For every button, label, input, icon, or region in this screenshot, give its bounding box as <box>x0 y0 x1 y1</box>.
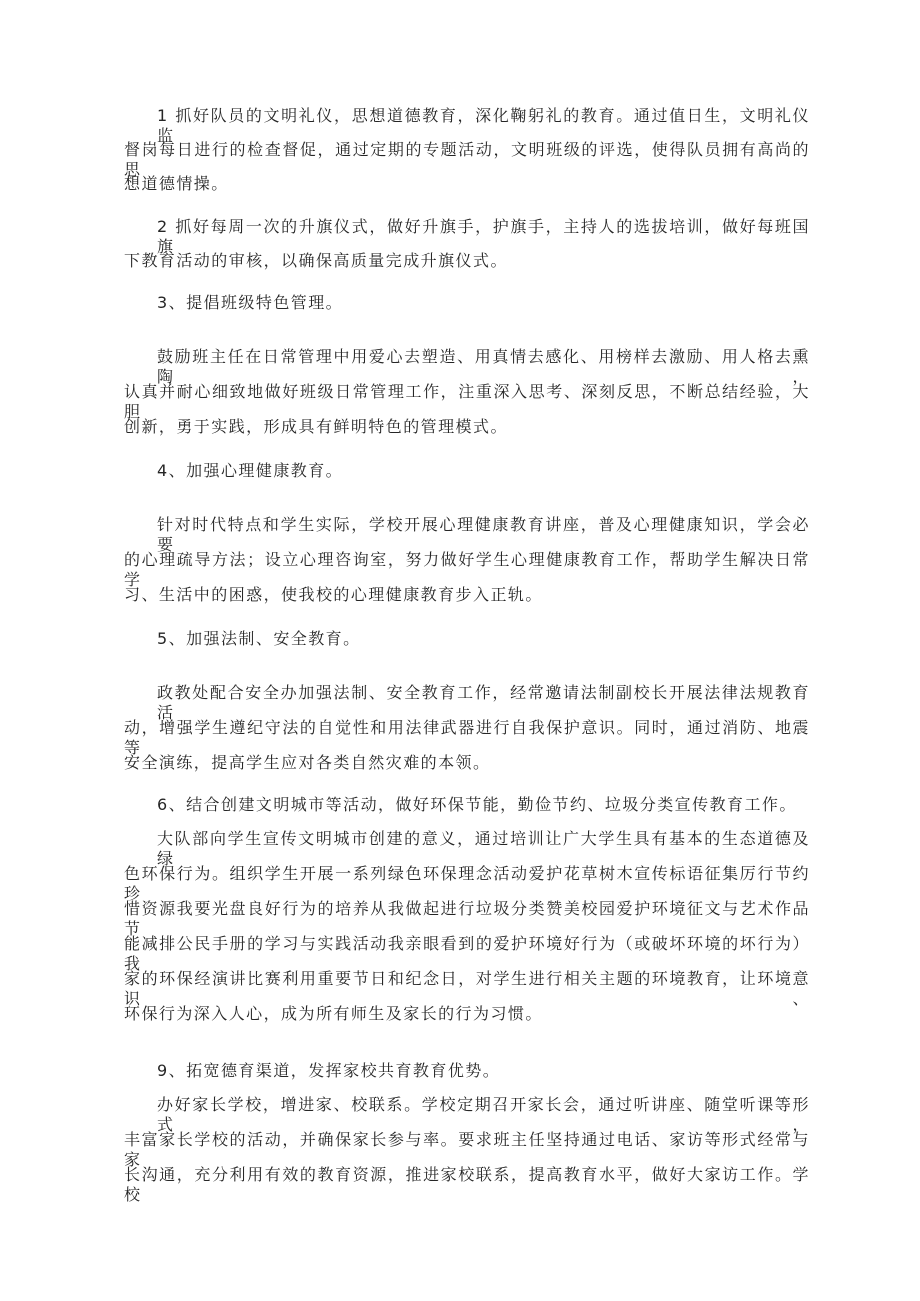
paragraph-9-line-2: 丰富家长学校的活动，并确保家长参与率。要求班主任坚持通过电话、家访等形式经常与家 <box>124 1130 810 1170</box>
paragraph-4-line-2: 的心理疏导方法；设立心理咨询室，努力做好学生心理健康教育工作，帮助学生解决日常学 <box>124 550 810 590</box>
heading-3: 3、提倡班级特色管理。 <box>157 293 343 313</box>
heading-6: 6、结合创建文明城市等活动，做好环保节能，勤俭节约、垃圾分类宣传教育工作。 <box>157 795 797 815</box>
paragraph-4-line-1: 针对时代特点和学生实际，学校开展心理健康教育讲座，普及心理健康知识，学会必要 <box>157 515 810 555</box>
paragraph-6-line-2: 色环保行为。组织学生开展一系列绿色环保理念活动爱护花草树木宣传标语征集厉行节约珍 <box>124 864 810 904</box>
heading-4: 4、加强心理健康教育。 <box>157 461 343 481</box>
paragraph-3-line-3: 创新，勇于实践，形成具有鲜明特色的管理模式。 <box>124 417 508 437</box>
heading-9: 9、拓宽德育渠道，发挥家校共育教育优势。 <box>157 1061 500 1081</box>
paragraph-6-line-4: 能减排公民手册的学习与实践活动我亲眼看到的爱护环境好行为（或破坏环境的坏行为）我 <box>124 934 810 974</box>
paragraph-2-line-2: 下教育活动的审核，以确保高质量完成升旗仪式。 <box>124 251 508 271</box>
paragraph-3-line-1: 鼓励班主任在日常管理中用爱心去塑造、用真情去感化、用榜样去激励、用人格去熏陶， <box>157 347 810 387</box>
paragraph-6-line-3: 惜资源我要光盘良好行为的培养从我做起进行垃圾分类赞美校园爱护环境征文与艺术作品节 <box>124 899 810 939</box>
paragraph-6-line-6: 环保行为深入人心，成为所有师生及家长的行为习惯。 <box>124 1004 543 1024</box>
paragraph-5-line-1: 政教处配合安全办加强法制、安全教育工作，经常邀请法制副校长开展法律法规教育活 <box>157 683 810 723</box>
paragraph-6-line-5: 家的环保经演讲比赛利用重要节日和纪念日，对学生进行相关主题的环境教育，让环境意识… <box>124 969 810 1009</box>
paragraph-6-line-1: 大队部向学生宣传文明城市创建的意义，通过培训让广大学生具有基本的生态道德及绿 <box>157 829 810 869</box>
paragraph-5-line-2: 动，增强学生遵纪守法的自觉性和用法律武器进行自我保护意识。同时，通过消防、地震等 <box>124 718 810 758</box>
paragraph-9-line-1: 办好家长学校，增进家、校联系。学校定期召开家长会，通过听讲座、随堂听课等形式， <box>157 1095 810 1135</box>
heading-5: 5、加强法制、安全教育。 <box>157 629 361 649</box>
paragraph-1-line-3: 想道德情操。 <box>124 174 229 194</box>
paragraph-9-line-3: 长沟通，充分利用有效的教育资源，推进家校联系，提高教育水平，做好大家访工作。学校 <box>124 1165 810 1205</box>
paragraph-4-line-3: 习、生活中的困惑，使我校的心理健康教育步入正轨。 <box>124 585 543 605</box>
paragraph-5-line-3: 安全演练，提高学生应对各类自然灾难的本领。 <box>124 753 490 773</box>
paragraph-3-line-2: 认真并耐心细致地做好班级日常管理工作，注重深入思考、深刻反思，不断总结经验，大胆 <box>124 382 810 422</box>
